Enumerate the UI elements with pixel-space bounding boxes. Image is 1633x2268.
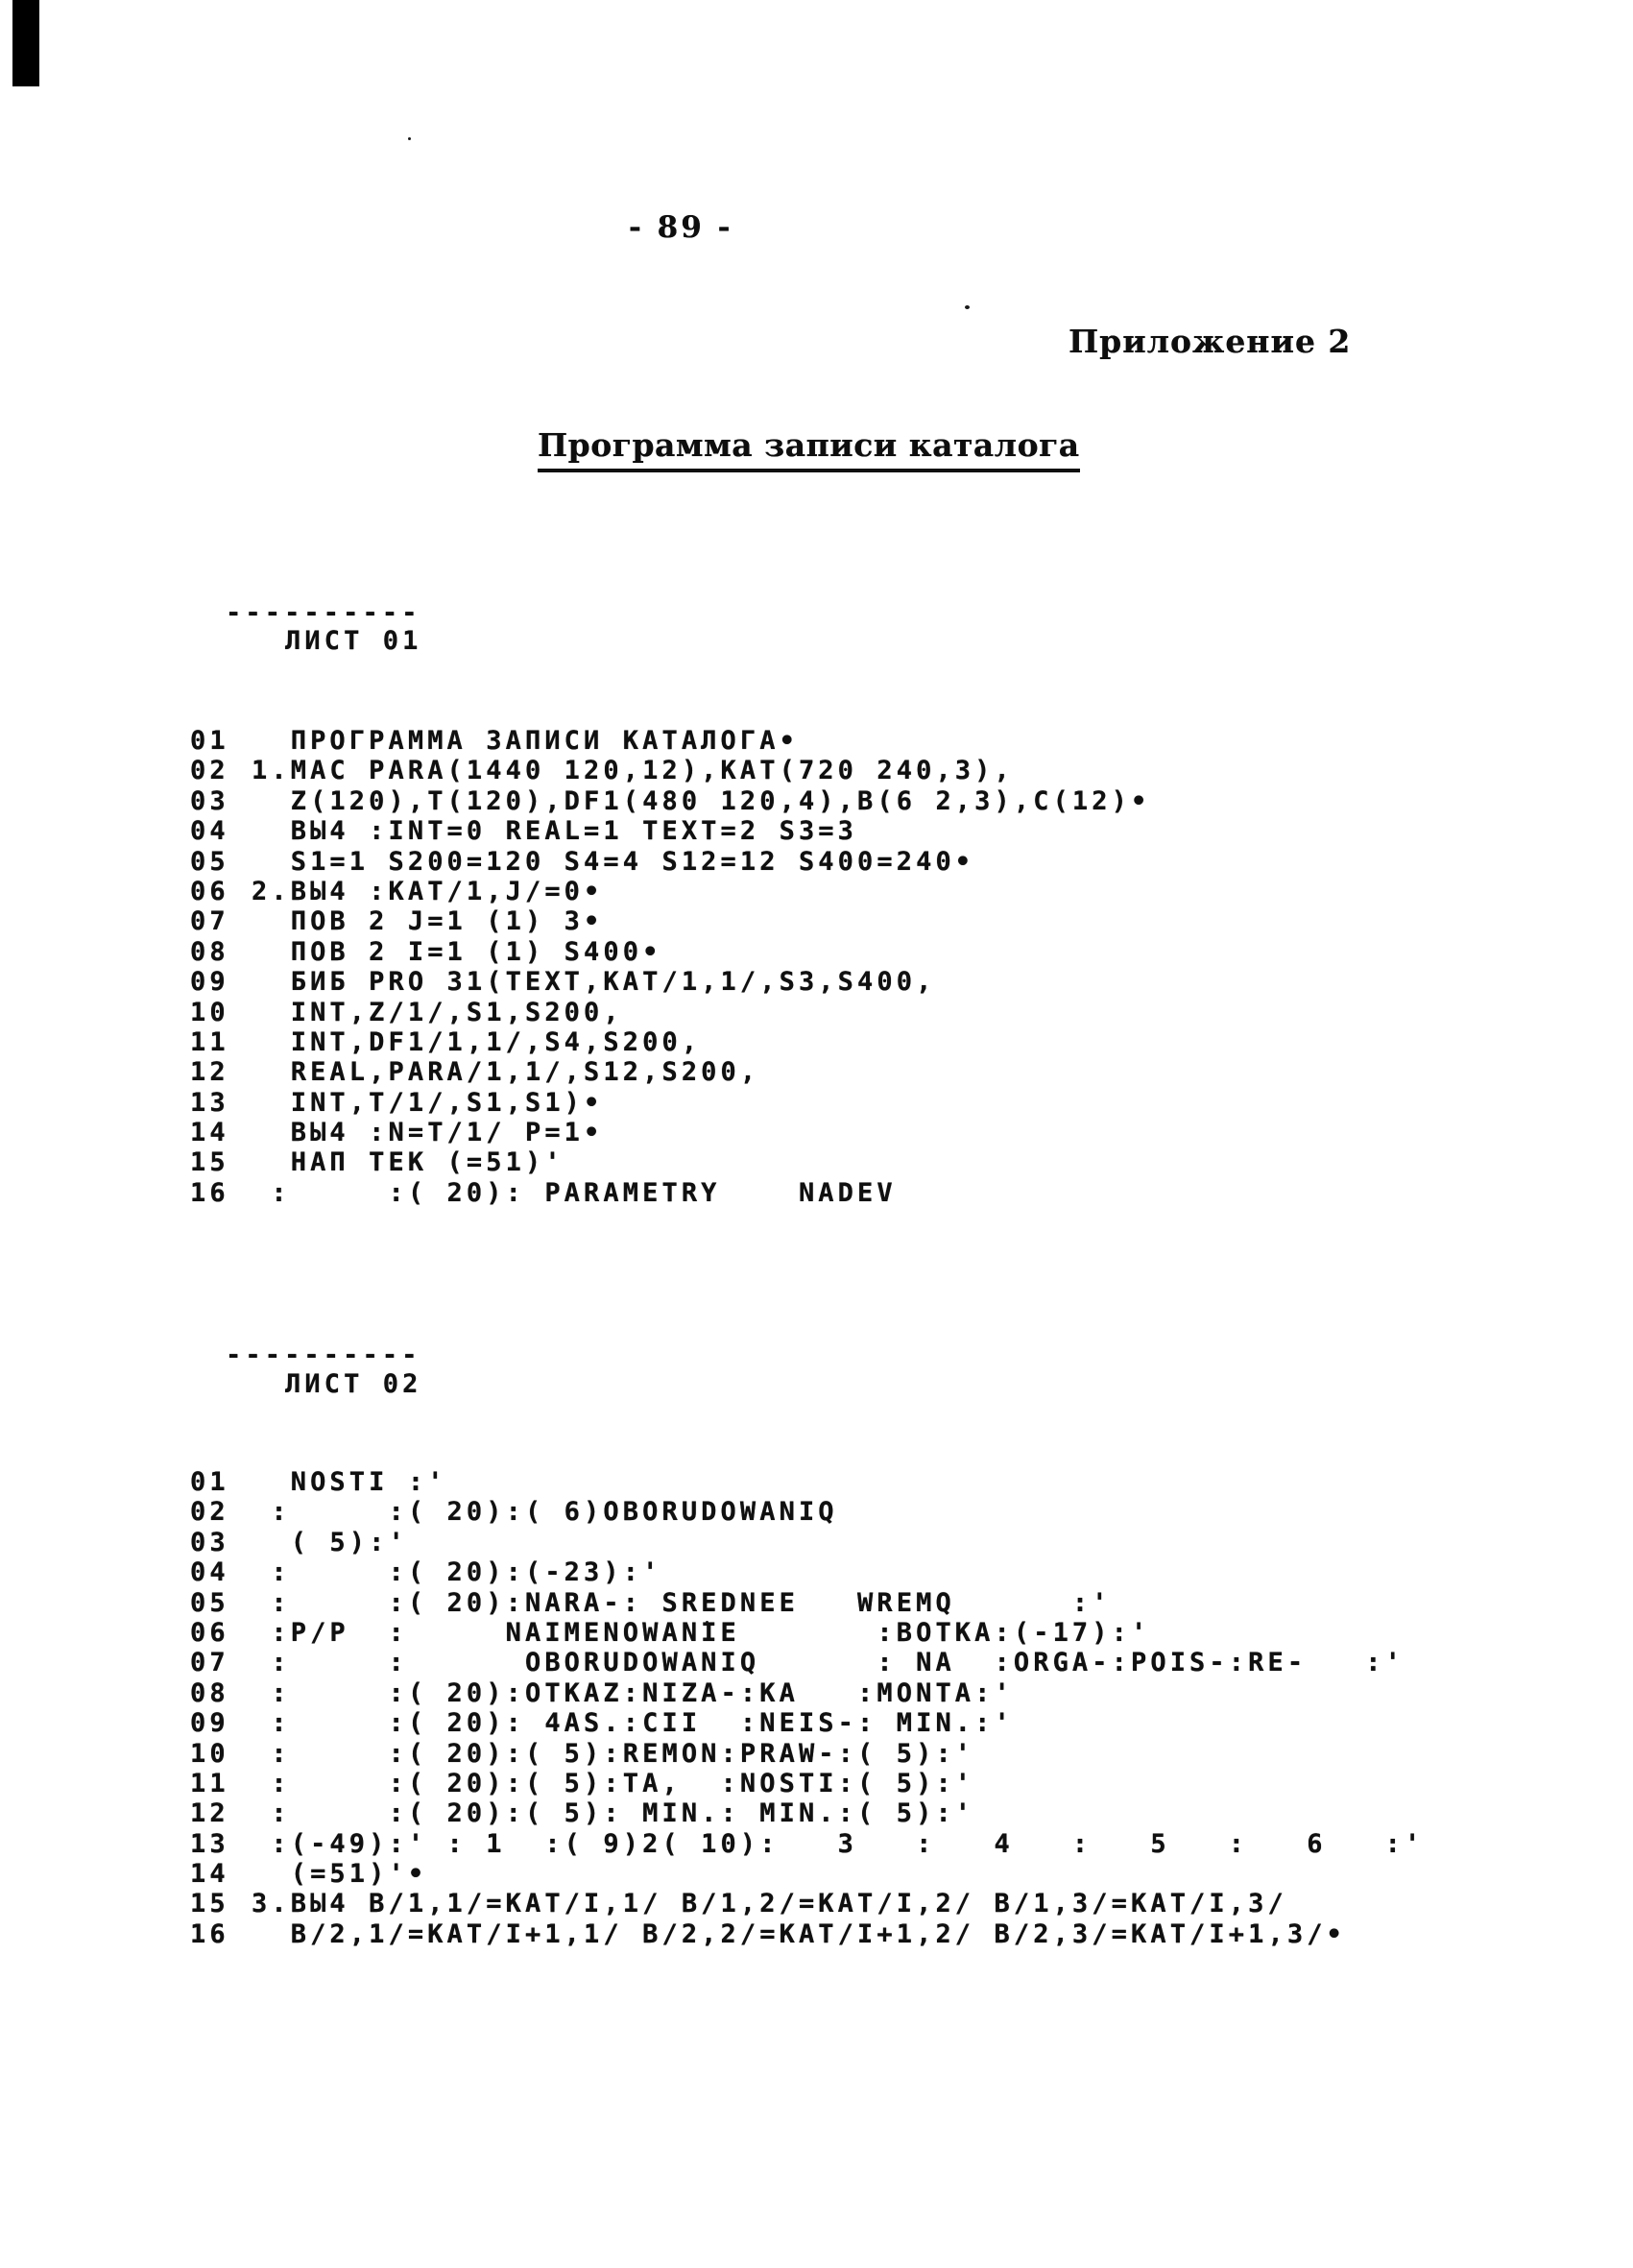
line-number: 02 bbox=[190, 756, 229, 785]
code-text: B/2,1/=KAT/I+1,1/ B/2,2/=KAT/I+1,2/ B/2,… bbox=[252, 1919, 1346, 1949]
sheet-separator: ---------- bbox=[226, 598, 421, 628]
code-text: ( 5):' bbox=[252, 1528, 408, 1557]
line-number: 13 bbox=[190, 1088, 229, 1118]
code-text: 2.ВЫ4 :KAT/1,J/=0• bbox=[252, 877, 603, 906]
page-number: - 89 - bbox=[629, 210, 732, 245]
code-line-03: 03 ( 5):' bbox=[190, 1528, 1424, 1557]
code-text: (=51)'• bbox=[252, 1859, 427, 1889]
code-text: ПОВ 2 I=1 (1) S400• bbox=[252, 937, 661, 967]
line-number: 15 bbox=[190, 1147, 229, 1177]
line-number: 14 bbox=[190, 1118, 229, 1147]
code-line-15: 15 НАП ТЕК (=51)' bbox=[190, 1147, 1150, 1177]
code-text: : : OBORUDOWANIQ : NA :ORGA-:POIS-:RE- :… bbox=[252, 1648, 1405, 1677]
line-number: 07 bbox=[190, 906, 229, 936]
code-text: :P/P : NAIMENOWANIE :BOTKA:(-17):' bbox=[252, 1618, 1150, 1648]
code-text: : :( 20): 4AS.:CII :NEIS-: MIN.:' bbox=[252, 1708, 1014, 1738]
code-text: INT,Z/1/,S1,S200, bbox=[252, 998, 623, 1027]
code-text: S1=1 S200=120 S4=4 S12=12 S400=240• bbox=[252, 847, 974, 877]
code-text: : :( 20):( 5): MIN.: MIN.:( 5):' bbox=[252, 1798, 974, 1828]
code-text: НАП ТЕК (=51)' bbox=[252, 1147, 564, 1177]
code-text: : :( 20): PARAMETRY NADEV bbox=[252, 1178, 897, 1208]
code-line-12: 12 : :( 20):( 5): MIN.: MIN.:( 5):' bbox=[190, 1798, 1424, 1828]
code-line-02: 02 : :( 20):( 6)OBORUDOWANIQ bbox=[190, 1497, 1424, 1527]
code-line-14: 14 ВЫ4 :N=T/1/ P=1• bbox=[190, 1118, 1150, 1147]
code-text: : :( 20):( 6)OBORUDOWANIQ bbox=[252, 1497, 838, 1527]
line-number: 10 bbox=[190, 1739, 229, 1769]
code-text: ПОВ 2 J=1 (1) 3• bbox=[252, 906, 603, 936]
line-number: 04 bbox=[190, 816, 229, 846]
line-number: 08 bbox=[190, 937, 229, 967]
code-text: : :( 20):OTKAZ:NIZA-:KA :MONTA:' bbox=[252, 1678, 1014, 1708]
line-number: 13 bbox=[190, 1829, 229, 1859]
code-line-12: 12 REAL,PARA/1,1/,S12,S200, bbox=[190, 1057, 1150, 1087]
code-text: БИБ PRO 31(TEXT,KAT/1,1/,S3,S400, bbox=[252, 967, 935, 997]
line-number: 01 bbox=[190, 726, 229, 756]
scan-edge-artifact bbox=[12, 0, 39, 86]
code-line-03: 03 Z(120),T(120),DF1(480 120,4),B(6 2,3)… bbox=[190, 786, 1150, 816]
code-line-01: 01 NOSTI :' bbox=[190, 1467, 1424, 1497]
code-text: :(-49):' : 1 :( 9)2( 10): 3 : 4 : 5 : 6 … bbox=[252, 1829, 1424, 1859]
line-number: 01 bbox=[190, 1467, 229, 1497]
line-number: 05 bbox=[190, 1588, 229, 1618]
code-line-13: 13 INT,T/1/,S1,S1)• bbox=[190, 1088, 1150, 1118]
code-line-07: 07 : : OBORUDOWANIQ : NA :ORGA-:POIS-:RE… bbox=[190, 1648, 1424, 1677]
line-number: 05 bbox=[190, 847, 229, 877]
code-line-07: 07 ПОВ 2 J=1 (1) 3• bbox=[190, 906, 1150, 936]
code-line-09: 09 БИБ PRO 31(TEXT,KAT/1,1/,S3,S400, bbox=[190, 967, 1150, 997]
line-number: 15 bbox=[190, 1889, 229, 1918]
code-line-14: 14 (=51)'• bbox=[190, 1859, 1424, 1889]
code-text: ВЫ4 :N=T/1/ P=1• bbox=[252, 1118, 603, 1147]
line-number: 09 bbox=[190, 967, 229, 997]
code-text: INT,DF1/1,1/,S4,S200, bbox=[252, 1027, 701, 1057]
code-line-11: 11 INT,DF1/1,1/,S4,S200, bbox=[190, 1027, 1150, 1057]
line-number: 09 bbox=[190, 1708, 229, 1738]
line-number: 06 bbox=[190, 877, 229, 906]
line-number: 08 bbox=[190, 1678, 229, 1708]
code-text: REAL,PARA/1,1/,S12,S200, bbox=[252, 1057, 759, 1087]
line-number: 07 bbox=[190, 1648, 229, 1677]
line-number: 10 bbox=[190, 998, 229, 1027]
line-number: 03 bbox=[190, 1528, 229, 1557]
code-line-10: 10 : :( 20):( 5):REMON:PRAW-:( 5):' bbox=[190, 1739, 1424, 1769]
scan-speck bbox=[408, 137, 411, 140]
code-text: : :( 20):(-23):' bbox=[252, 1557, 661, 1587]
sheet-label: ЛИСТ 01 bbox=[285, 626, 422, 656]
code-text: Z(120),T(120),DF1(480 120,4),B(6 2,3),C(… bbox=[252, 786, 1150, 816]
line-number: 12 bbox=[190, 1798, 229, 1828]
code-line-01: 01 ПРОГРАММА ЗАПИСИ КАТАЛОГА• bbox=[190, 726, 1150, 756]
line-number: 11 bbox=[190, 1769, 229, 1798]
code-text: NOSTI :' bbox=[252, 1467, 447, 1497]
code-text: ВЫ4 :INT=0 REAL=1 TEXT=2 S3=3 bbox=[252, 816, 857, 846]
code-line-06: 06 :P/P : NAIMENOWANIE :BOTKA:(-17):' bbox=[190, 1618, 1424, 1648]
code-text: : :( 20):NARA-: SREDNEE WREMQ :' bbox=[252, 1588, 1112, 1618]
code-line-11: 11 : :( 20):( 5):TA, :NOSTI:( 5):' bbox=[190, 1769, 1424, 1798]
code-listing-sheet-02: 01 NOSTI :'02 : :( 20):( 6)OBORUDOWANIQ0… bbox=[190, 1467, 1424, 1949]
code-text: : :( 20):( 5):REMON:PRAW-:( 5):' bbox=[252, 1739, 974, 1769]
code-line-04: 04 : :( 20):(-23):' bbox=[190, 1557, 1424, 1587]
code-line-16: 16 B/2,1/=KAT/I+1,1/ B/2,2/=KAT/I+1,2/ B… bbox=[190, 1919, 1424, 1949]
line-number: 14 bbox=[190, 1859, 229, 1889]
code-line-13: 13 :(-49):' : 1 :( 9)2( 10): 3 : 4 : 5 :… bbox=[190, 1829, 1424, 1859]
line-number: 16 bbox=[190, 1919, 229, 1949]
code-line-06: 062.ВЫ4 :KAT/1,J/=0• bbox=[190, 877, 1150, 906]
code-line-08: 08 ПОВ 2 I=1 (1) S400• bbox=[190, 937, 1150, 967]
line-number: 03 bbox=[190, 786, 229, 816]
line-number: 12 bbox=[190, 1057, 229, 1087]
sheet-label: ЛИСТ 02 bbox=[285, 1369, 422, 1399]
code-line-08: 08 : :( 20):OTKAZ:NIZA-:KA :MONTA:' bbox=[190, 1678, 1424, 1708]
scan-speck bbox=[965, 305, 970, 309]
code-text: 1.МАС PARA(1440 120,12),KAT(720 240,3), bbox=[252, 756, 1014, 785]
code-line-05: 05 S1=1 S200=120 S4=4 S12=12 S400=240• bbox=[190, 847, 1150, 877]
line-number: 16 bbox=[190, 1178, 229, 1208]
sheet-separator: ---------- bbox=[226, 1340, 421, 1370]
code-line-09: 09 : :( 20): 4AS.:CII :NEIS-: MIN.:' bbox=[190, 1708, 1424, 1738]
code-line-15: 153.ВЫ4 B/1,1/=KAT/I,1/ B/1,2/=KAT/I,2/ … bbox=[190, 1889, 1424, 1918]
appendix-label: Приложение 2 bbox=[1069, 323, 1351, 360]
code-text: : :( 20):( 5):TA, :NOSTI:( 5):' bbox=[252, 1769, 974, 1798]
line-number: 11 bbox=[190, 1027, 229, 1057]
line-number: 06 bbox=[190, 1618, 229, 1648]
code-line-04: 04 ВЫ4 :INT=0 REAL=1 TEXT=2 S3=3 bbox=[190, 816, 1150, 846]
code-line-16: 16 : :( 20): PARAMETRY NADEV bbox=[190, 1178, 1150, 1208]
document-title: Программа записи каталога bbox=[538, 426, 1080, 472]
code-text: 3.ВЫ4 B/1,1/=KAT/I,1/ B/1,2/=KAT/I,2/ B/… bbox=[252, 1889, 1287, 1918]
code-line-02: 021.МАС PARA(1440 120,12),KAT(720 240,3)… bbox=[190, 756, 1150, 785]
line-number: 02 bbox=[190, 1497, 229, 1527]
code-text: ПРОГРАММА ЗАПИСИ КАТАЛОГА• bbox=[252, 726, 799, 756]
code-listing-sheet-01: 01 ПРОГРАММА ЗАПИСИ КАТАЛОГА•021.МАС PAR… bbox=[190, 726, 1150, 1208]
line-number: 04 bbox=[190, 1557, 229, 1587]
code-text: INT,T/1/,S1,S1)• bbox=[252, 1088, 603, 1118]
code-line-05: 05 : :( 20):NARA-: SREDNEE WREMQ :' bbox=[190, 1588, 1424, 1618]
scan-speck bbox=[706, 1621, 708, 1624]
code-line-10: 10 INT,Z/1/,S1,S200, bbox=[190, 998, 1150, 1027]
